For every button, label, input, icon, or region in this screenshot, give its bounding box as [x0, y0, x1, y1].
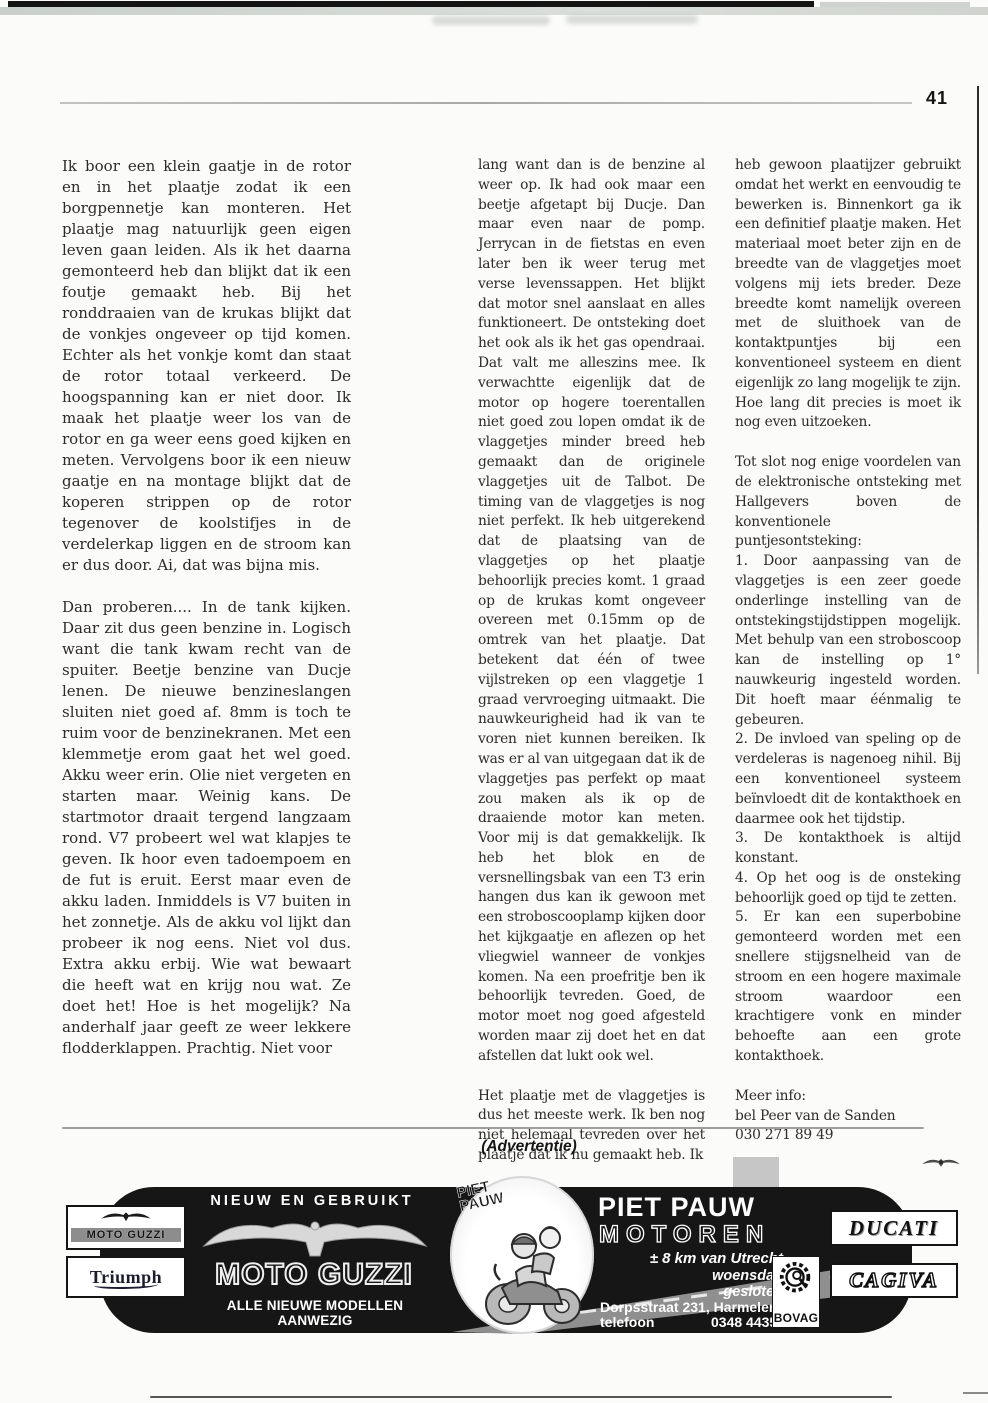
- paragraph: Dan proberen.... In de tank kijken. Daar…: [62, 597, 351, 1059]
- footer-rule: [62, 1127, 924, 1129]
- paragraph: heb gewoon plaatijzer gebruikt omdat het…: [735, 156, 961, 433]
- ducati-logo-box: DUCATI: [830, 1210, 958, 1246]
- triumph-swoosh: [94, 1281, 158, 1289]
- numbered-item: 1. Door aanpassing van de vlaggetjes is …: [735, 552, 961, 730]
- contact-phone: 030 271 89 49: [735, 1126, 961, 1146]
- ad-phone-row: telefoon 0348 443511: [600, 1314, 792, 1330]
- scan-top-smear: [820, 2, 970, 7]
- numbered-item: 4. Op het oog is de onsteking behoorlijk…: [735, 869, 961, 909]
- ad-main-brand: MOTO GUZZI: [198, 1258, 430, 1292]
- cagiva-logo-label: CAGIVA: [849, 1268, 939, 1293]
- bovag-label: BOVAG: [774, 1311, 819, 1325]
- cagiva-logo-box: CAGIVA: [830, 1263, 958, 1298]
- ad-sub-label: ALLE NIEUWE MODELLEN AANWEZIG: [196, 1298, 434, 1328]
- bovag-logo-box: BOVAG: [772, 1256, 820, 1328]
- contact-name: bel Peer van de Sanden: [735, 1107, 961, 1127]
- eagle-icon: [200, 1212, 430, 1262]
- page-number: 41: [926, 88, 966, 109]
- ducati-logo-label: DUCATI: [849, 1216, 939, 1241]
- scan-top-band: [0, 7, 988, 15]
- print-through-smudge: [432, 16, 550, 25]
- moto-guzzi-logo-label: MOTO GUZZI: [71, 1228, 181, 1242]
- ad-phone-label: telefoon: [600, 1314, 654, 1330]
- paragraph: lang want dan is de benzine al weer op. …: [478, 156, 705, 1067]
- advert-label: (Advertentie): [394, 1138, 664, 1156]
- scan-artifact-line: [963, 1392, 988, 1394]
- moto-guzzi-logo-box: MOTO GUZZI: [66, 1205, 186, 1250]
- print-through-smudge: [566, 15, 698, 24]
- ad-distance: ± 8 km van Utrecht: [555, 1250, 783, 1267]
- triumph-logo-box: Triumph: [66, 1256, 186, 1298]
- article-column-2: lang want dan is de benzine al weer op. …: [478, 156, 705, 1186]
- ad-top-label: NIEUW EN GEBRUIKT: [206, 1193, 418, 1209]
- magazine-page: 41 Ik boor een klein gaatje in de rotor …: [0, 0, 988, 1403]
- article-column-1: Ik boor een klein gaatje in de rotor en …: [62, 156, 351, 1080]
- numbered-item: 5. Er kan een superbobine gemonteerd wor…: [735, 908, 961, 1066]
- ad-dealer-name: PIET PAUW: [598, 1192, 798, 1223]
- ad-dealer-type: MOTOREN: [599, 1221, 799, 1249]
- article-column-3: heb gewoon plaatijzer gebruikt omdat het…: [735, 156, 961, 1176]
- paragraph: Tot slot nog enige voordelen van de elek…: [735, 453, 961, 552]
- ad-address: Dorpsstraat 231, Harmelen: [600, 1299, 795, 1315]
- numbered-item: 2. De invloed van speling op de verdeler…: [735, 730, 961, 829]
- paragraph: Ik boor een klein gaatje in de rotor en …: [62, 156, 351, 576]
- ad-closed-word: gesloten: [555, 1284, 783, 1300]
- contact-info: Meer info: bel Peer van de Sanden 030 27…: [735, 1087, 961, 1146]
- ad-closed-day: woensdag: [555, 1268, 783, 1284]
- contact-heading: Meer info:: [735, 1087, 961, 1107]
- eagle-icon: [99, 1208, 153, 1222]
- header-rule: [60, 102, 912, 104]
- gear-magnifier-icon: [777, 1260, 815, 1300]
- scan-artifact-line: [150, 1396, 892, 1398]
- numbered-item: 3. De kontakthoek is altijd konstant.: [735, 829, 961, 869]
- page-edge-line: [977, 86, 979, 674]
